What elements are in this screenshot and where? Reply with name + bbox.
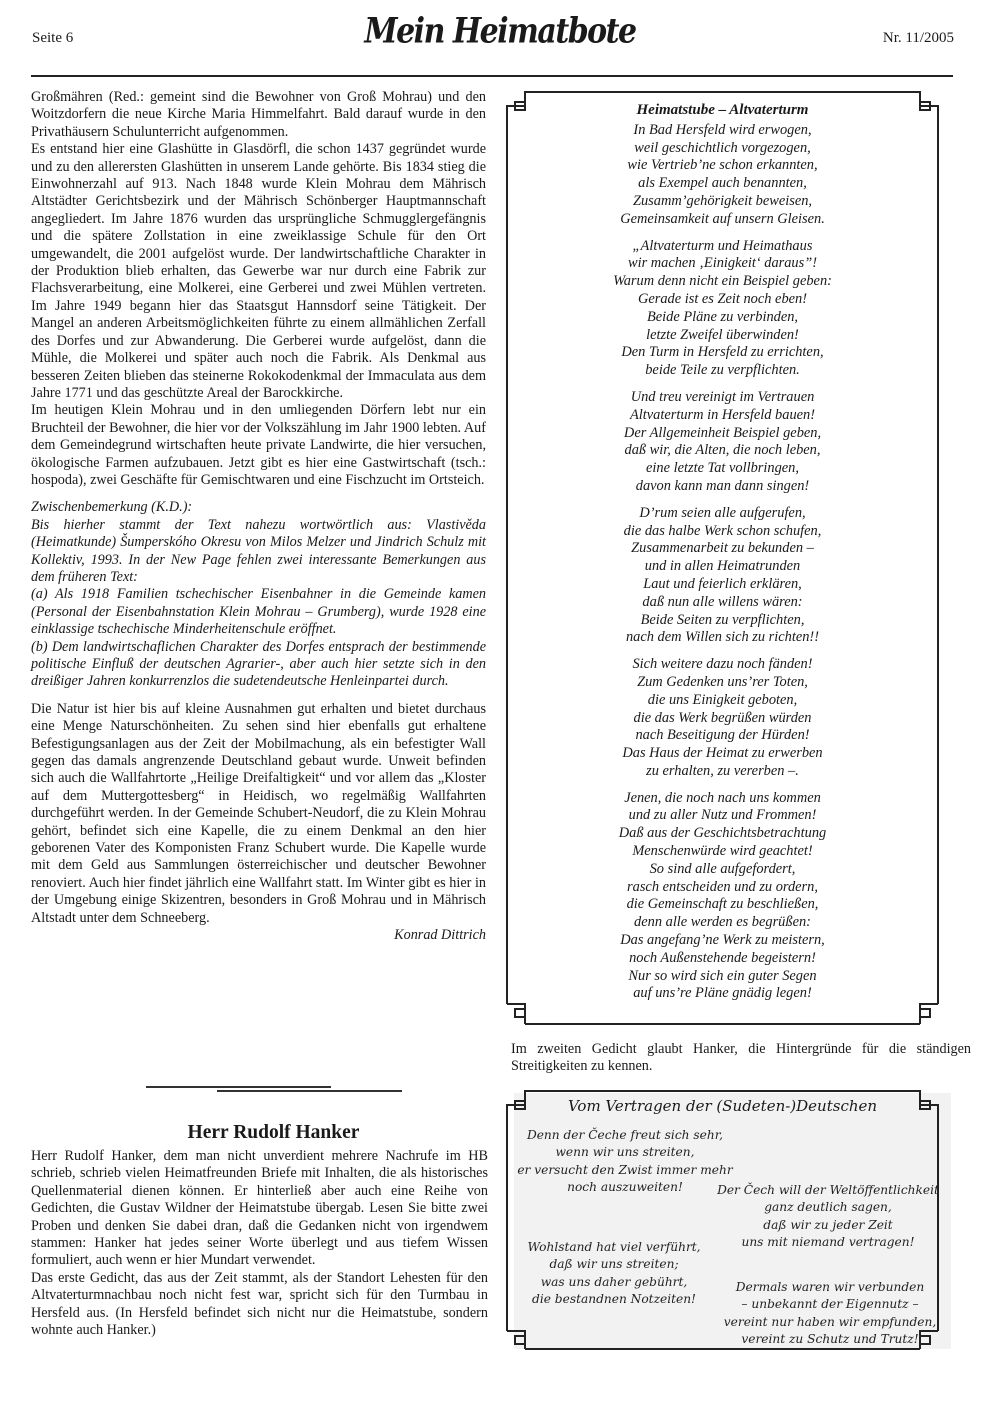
poem-line: nach Beseitigung der Hürden! xyxy=(505,727,940,745)
poem-line: wir machen ‚Einigkeit‘ daraus”! xyxy=(505,255,940,273)
poem-stanza: D’rum seien alle aufgerufen, die das hal… xyxy=(505,505,940,647)
poem-line: und zu aller Nutz und Frommen! xyxy=(505,807,940,825)
between-poems-text: Im zweiten Gedicht glaubt Hanker, die Hi… xyxy=(511,1041,971,1076)
poem-line: Laut und feierlich erklären, xyxy=(505,576,940,594)
poem-body: Heimatstube – Altvaterturm In Bad Hersfe… xyxy=(505,102,940,1012)
poem-line: In Bad Hersfeld wird erwogen, xyxy=(505,122,940,140)
poem-line: Wohlstand hat viel verführt, xyxy=(509,1239,719,1256)
poem-line: die das Werk begrüßen würden xyxy=(505,710,940,728)
poem-line: Zum Gedenken uns’rer Toten, xyxy=(505,674,940,692)
poem-line: noch Außenstehende begeistern! xyxy=(505,950,940,968)
poem-stanza: Sich weitere dazu noch fänden! Zum Geden… xyxy=(505,656,940,781)
poem-line: Der Allgemeinheit Beispiel geben, xyxy=(505,425,940,443)
poem-line: vereint nur haben wir empfunden, xyxy=(710,1314,950,1331)
poem-line: Der Čech will der Weltöffentlichkeit xyxy=(703,1182,953,1199)
article-title-hanker: Herr Rudolf Hanker xyxy=(31,1122,516,1144)
poem-line: Menschenwürde wird geachtet! xyxy=(505,843,940,861)
poem-line: als Exempel auch benannten, xyxy=(505,175,940,193)
poem-stanza: Denn der Čeche freut sich sehr, wenn wir… xyxy=(515,1127,735,1197)
poem-line: denn alle werden es begrüßen: xyxy=(505,914,940,932)
article-paragraph: Es entstand hier eine Glashütte in Glasd… xyxy=(31,141,486,402)
poem-line: Beide Pläne zu verbinden, xyxy=(505,309,940,327)
poem-line: D’rum seien alle aufgerufen, xyxy=(505,505,940,523)
poem-line: So sind alle aufgefordert, xyxy=(505,861,940,879)
poem-line: die das halbe Werk schon schufen, xyxy=(505,523,940,541)
masthead-logo: Mein Heimatbote xyxy=(0,11,1000,51)
poem-line: was uns daher gebührt, xyxy=(509,1274,719,1291)
poem-line: Das Haus der Heimat zu erwerben xyxy=(505,745,940,763)
poem-box-heimatstube: Heimatstube – Altvaterturm In Bad Hersfe… xyxy=(505,88,967,1030)
poem-title: Vom Vertragen der (Sudeten-)Deutschen xyxy=(505,1097,940,1115)
issue-number: Nr. 11/2005 xyxy=(883,30,954,47)
poem-line: Denn der Čeche freut sich sehr, xyxy=(515,1127,735,1144)
poem-line: Dermals waren wir verbunden xyxy=(710,1279,950,1296)
article-hanker: Herr Rudolf Hanker, dem man nicht unverd… xyxy=(31,1148,488,1339)
poem-line: daß nun alle willens wären: xyxy=(505,594,940,612)
poem-stanza: In Bad Hersfeld wird erwogen, weil gesch… xyxy=(505,122,940,229)
poem-line: Gerade ist es Zeit noch eben! xyxy=(505,291,940,309)
poem-stanza: Und treu vereinigt im Vertrauen Altvater… xyxy=(505,389,940,496)
article-paragraph: Großmähren (Red.: gemeint sind die Bewoh… xyxy=(31,89,486,141)
poem-line: ganz deutlich sagen, xyxy=(703,1199,953,1216)
author-signature: Konrad Dittrich xyxy=(31,927,486,944)
poem-line: Warum denn nicht ein Beispiel geben: xyxy=(505,273,940,291)
poem-line: daß wir, die Alten, die noch leben, xyxy=(505,442,940,460)
poem-line: zu erhalten, zu vererben –. xyxy=(505,763,940,781)
article-paragraph: Die Natur ist hier bis auf kleine Ausnah… xyxy=(31,701,486,927)
poem-line: und in allen Heimatrunden xyxy=(505,558,940,576)
poem-line: – unbekannt der Eigennutz – xyxy=(710,1296,950,1313)
poem-stanza: Wohlstand hat viel verführt, daß wir uns… xyxy=(509,1239,719,1309)
poem-line: Den Turm in Hersfeld zu errichten, xyxy=(505,344,940,362)
poem-line: Beide Seiten zu verpflichten, xyxy=(505,612,940,630)
poem-line: Zusamm’gehörigkeit beweisen, xyxy=(505,193,940,211)
poem-line: Nur so wird sich ein guter Segen xyxy=(505,968,940,986)
poem-line: uns mit niemand vertragen! xyxy=(703,1234,953,1251)
poem-line: Sich weitere dazu noch fänden! xyxy=(505,656,940,674)
poem-line: Daß aus der Geschichtsbetrachtung xyxy=(505,825,940,843)
article-paragraph: Im heutigen Klein Mohrau und in den umli… xyxy=(31,402,486,489)
poem-line: wie Vertrieb’ne schon erkannten, xyxy=(505,157,940,175)
poem-line: „Altvaterturm und Heimathaus xyxy=(505,238,940,256)
poem-line: letzte Zweifel überwinden! xyxy=(505,327,940,345)
poem-line: beide Teile zu verpflichten. xyxy=(505,362,940,380)
note-b: (b) Dem landwirtschaflichen Charakter de… xyxy=(31,639,486,691)
poem-line: auf uns’re Pläne gnädig legen! xyxy=(505,985,940,1003)
poem-stanza: Jenen, die noch nach uns kommen und zu a… xyxy=(505,790,940,1004)
poem-title: Heimatstube – Altvaterturm xyxy=(505,102,940,120)
poem-stanza: „Altvaterturm und Heimathaus wir machen … xyxy=(505,238,940,380)
poem-line: Und treu vereinigt im Vertrauen xyxy=(505,389,940,407)
poem-line: daß wir uns streiten; xyxy=(509,1256,719,1273)
poem-stanza: Dermals waren wir verbunden – unbekannt … xyxy=(710,1279,950,1349)
poem-stanza: Der Čech will der Weltöffentlichkeit gan… xyxy=(703,1182,953,1252)
poem-line: eine letzte Tat vollbringen, xyxy=(505,460,940,478)
poem-line: weil geschichtlich vorgezogen, xyxy=(505,140,940,158)
poem-line: vereint zu Schutz und Trutz! xyxy=(710,1331,950,1348)
poem-line: er versucht den Zwist immer mehr xyxy=(515,1162,735,1179)
poem-line: davon kann man dann singen! xyxy=(505,478,940,496)
poem-line: nach dem Willen sich zu richten!! xyxy=(505,629,940,647)
header-rule xyxy=(31,75,953,77)
section-divider xyxy=(217,1090,402,1092)
poem-line: die uns Einigkeit geboten, xyxy=(505,692,940,710)
poem-line: rasch entscheiden und zu ordern, xyxy=(505,879,940,897)
poem-line: Das angefang’ne Werk zu meistern, xyxy=(505,932,940,950)
poem-line: Zusammenarbeit zu bekunden – xyxy=(505,540,940,558)
article-paragraph: Das erste Gedicht, das aus der Zeit stam… xyxy=(31,1270,488,1340)
poem-line: die Gemeinschaft zu beschließen, xyxy=(505,896,940,914)
poem-box-sudeten: Vom Vertragen der (Sudeten-)Deutschen De… xyxy=(505,1087,967,1355)
article-paragraph: Herr Rudolf Hanker, dem man nicht unverd… xyxy=(31,1148,488,1270)
poem-line: die bestandnen Notzeiten! xyxy=(509,1291,719,1308)
poem-line: Altvaterturm in Hersfeld bauen! xyxy=(505,407,940,425)
poem-line: wenn wir uns streiten, xyxy=(515,1144,735,1161)
note-a: (a) Als 1918 Familien tschechischer Eise… xyxy=(31,586,486,638)
note-heading: Zwischenbemerkung (K.D.): xyxy=(31,499,486,516)
poem-line: Gemeinsamkeit auf unsern Gleisen. xyxy=(505,211,940,229)
poem-line: daß wir zu jeder Zeit xyxy=(703,1217,953,1234)
section-divider xyxy=(146,1086,331,1088)
poem-line: noch auszuweiten! xyxy=(515,1179,735,1196)
note-text: Bis hierher stammt der Text nahezu wortw… xyxy=(31,517,486,587)
article-klein-mohrau: Großmähren (Red.: gemeint sind die Bewoh… xyxy=(31,89,486,945)
poem-line: Jenen, die noch nach uns kommen xyxy=(505,790,940,808)
